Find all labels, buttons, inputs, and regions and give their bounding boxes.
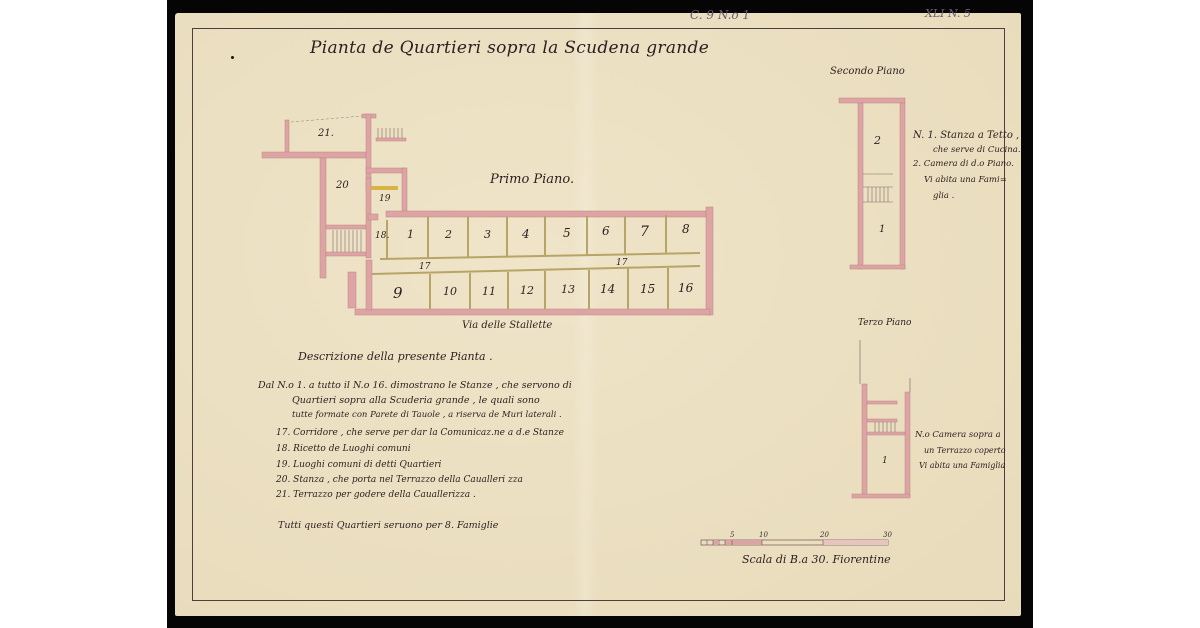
scale-caption: Scala di B.a 30. Fiorentine xyxy=(742,553,891,566)
scale-bar xyxy=(0,0,1200,628)
scale-tick-label: 5 xyxy=(730,531,734,539)
scale-tick-label: 20 xyxy=(820,531,829,539)
scale-tick-label: 10 xyxy=(759,531,768,539)
scale-tick-label: 30 xyxy=(883,531,892,539)
